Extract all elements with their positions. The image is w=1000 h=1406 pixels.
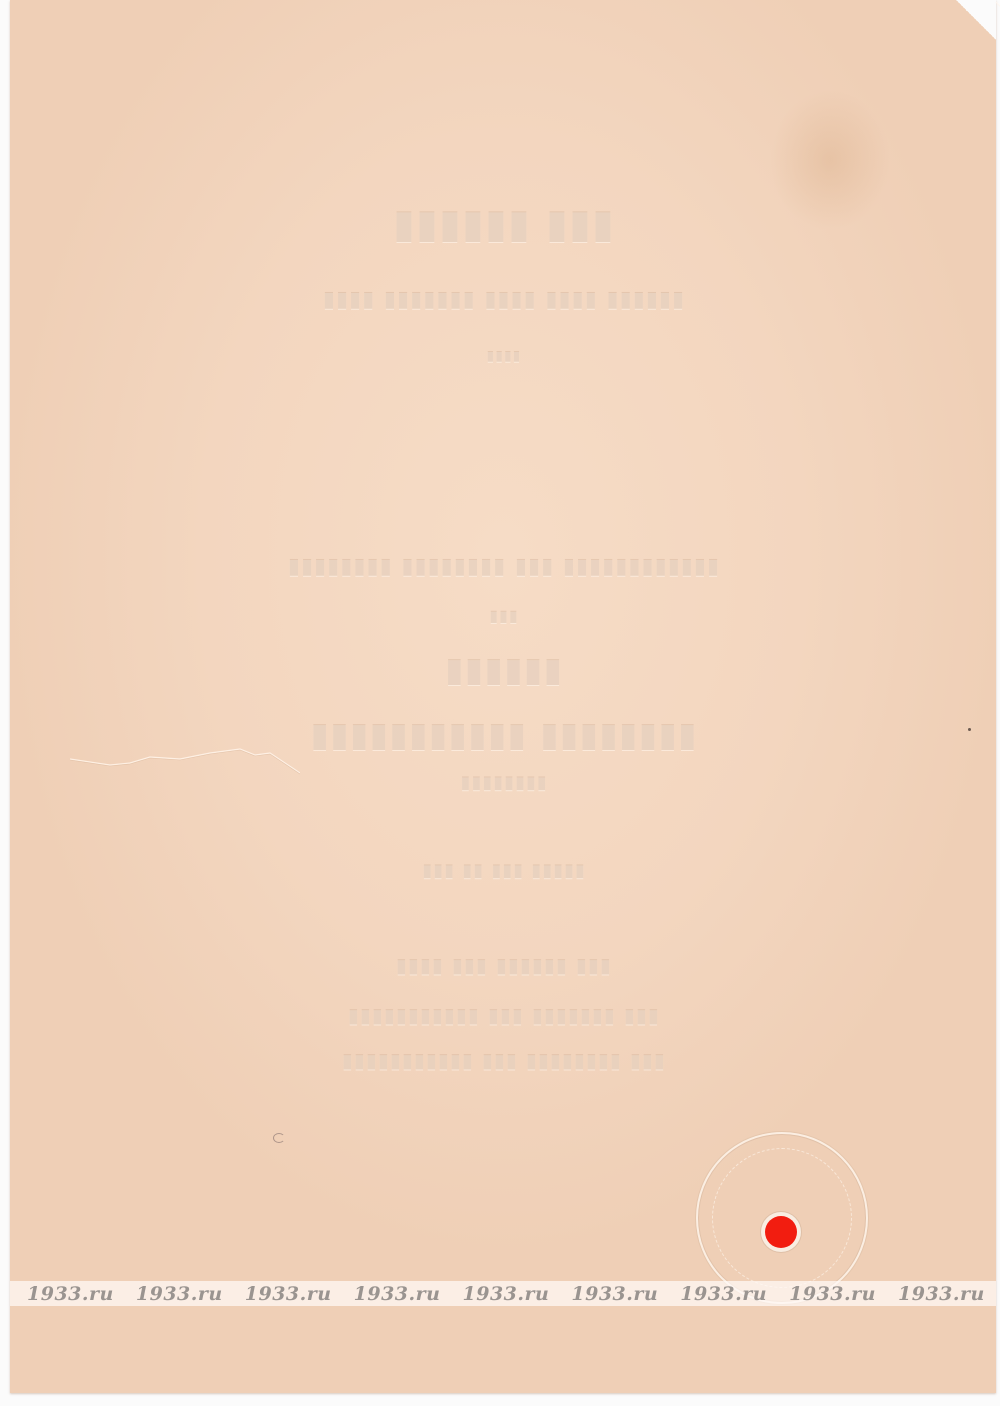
folded-corner [956, 0, 996, 40]
watermark-text: 1933.ru [463, 1283, 550, 1305]
embossed-seal [696, 1132, 868, 1304]
watermark-text: 1933.ru [245, 1283, 332, 1305]
show-through-line: ▮▮▮▮▮▮▮▮▮▮▮▮ ▮▮▮ ▮▮▮▮▮▮▮▮ ▮▮▮▮▮▮▮▮ [10, 553, 996, 579]
show-through-line: ▮▮▮▮▮ ▮▮▮ ▮▮ ▮▮▮ [10, 860, 996, 881]
show-through-line: ▮▮▮▮ [10, 348, 996, 364]
paper-spot [968, 728, 971, 731]
watermark-text: 1933.ru [680, 1283, 767, 1305]
show-through-line: ▮▮▮ ▮▮▮▮▮▮ ▮▮▮ ▮▮▮▮ [10, 953, 996, 977]
watermark-text: 1933.ru [27, 1283, 114, 1305]
watermark-text: 1933.ru [354, 1283, 441, 1305]
show-through-line: ▮▮▮ ▮▮▮▮▮▮▮▮ ▮▮▮ ▮▮▮▮▮▮▮▮▮▮▮ [10, 1048, 996, 1072]
paper-blemish [273, 1133, 285, 1143]
show-through-line: ▮▮▮▮▮▮ [10, 650, 996, 690]
watermark-text: 1933.ru [789, 1283, 876, 1305]
document-paper: ▮▮▮ ▮▮▮▮▮▮ ▮▮▮▮▮▮ ▮▮▮▮ ▮▮▮▮ ▮▮▮▮▮▮▮ ▮▮▮▮… [10, 0, 996, 1393]
show-through-line: ▮▮▮▮▮▮▮▮ [10, 772, 996, 793]
watermark-text: 1933.ru [571, 1283, 658, 1305]
show-through-line: ▮▮▮▮▮▮ ▮▮▮▮ ▮▮▮▮ ▮▮▮▮▮▮▮ ▮▮▮▮ [10, 286, 996, 312]
show-through-line: ▮▮▮ [10, 606, 996, 625]
watermark-strip: 1933.ru 1933.ru 1933.ru 1933.ru 1933.ru … [10, 1281, 996, 1306]
show-through-line: ▮▮▮ ▮▮▮▮▮▮▮ ▮▮▮ ▮▮▮▮▮▮▮▮▮▮▮ [10, 1003, 996, 1027]
watermark-text: 1933.ru [898, 1283, 985, 1305]
paper-crease [70, 745, 300, 775]
fold-line [995, 2, 1000, 39]
seal-red-dot [765, 1216, 797, 1248]
show-through-title: ▮▮▮ ▮▮▮▮▮▮ [10, 200, 996, 247]
watermark-text: 1933.ru [136, 1283, 223, 1305]
